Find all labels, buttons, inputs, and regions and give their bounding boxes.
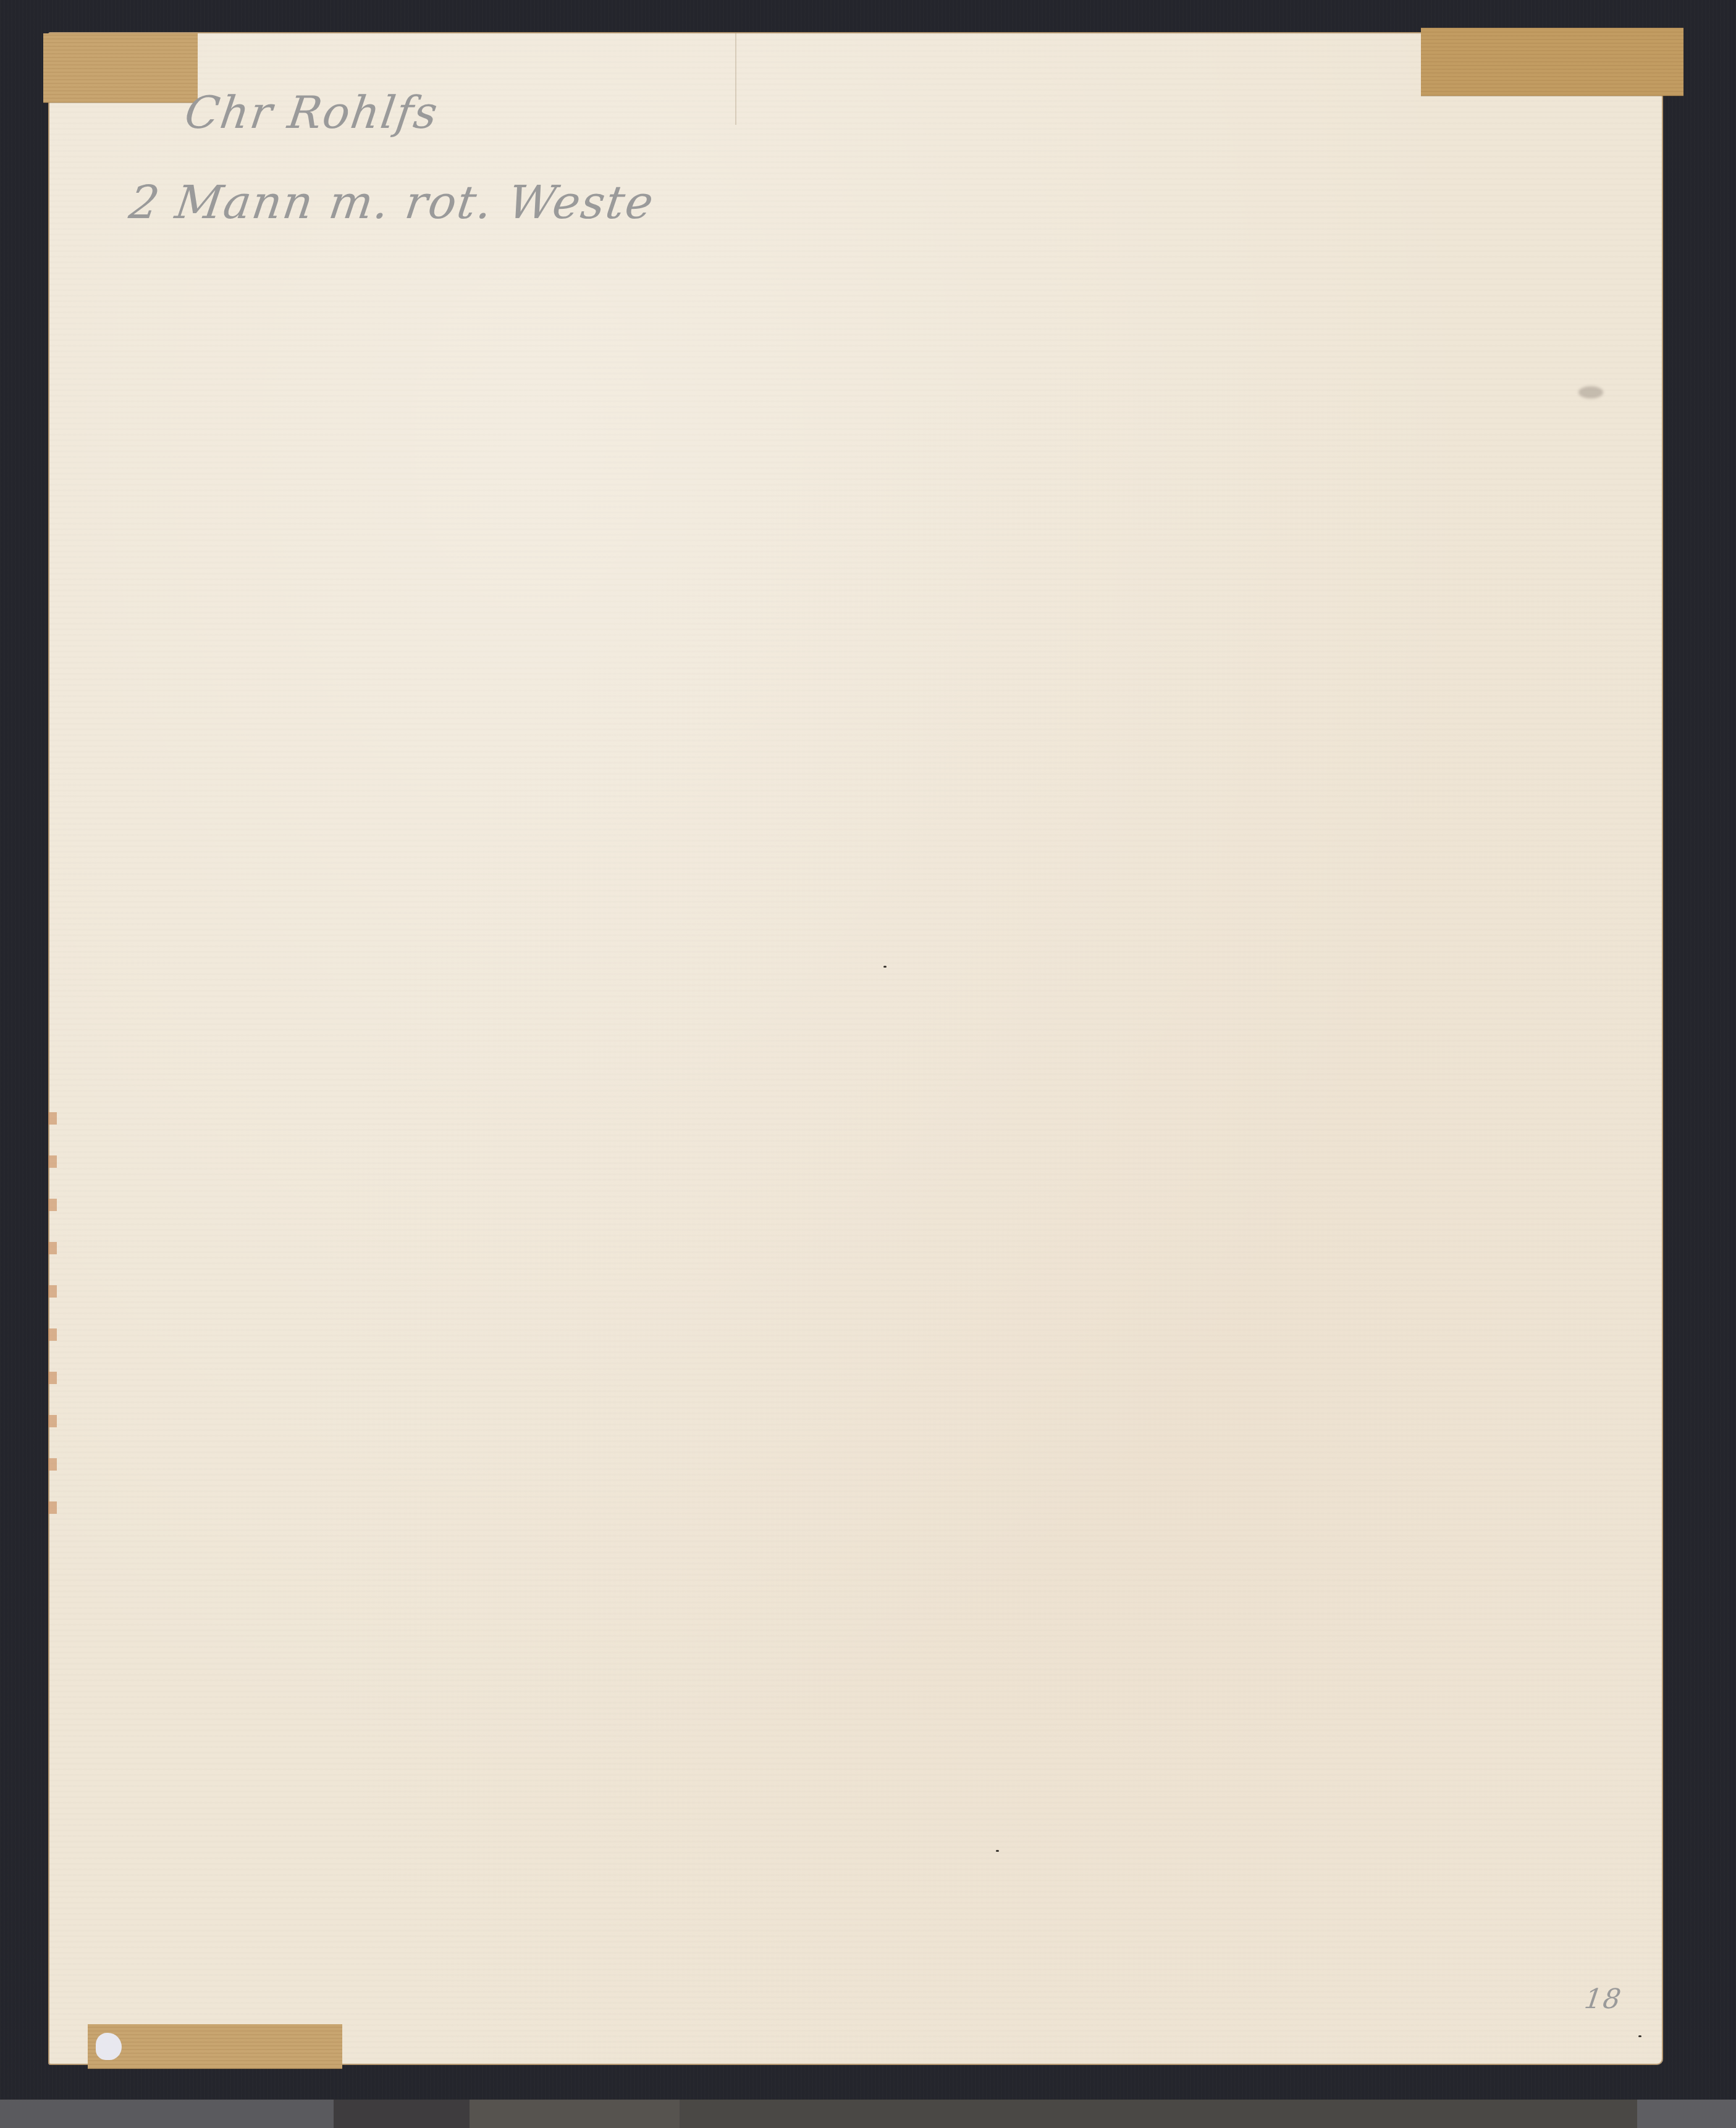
- hinge-tape-bottom-left: [88, 2024, 342, 2069]
- hinge-tape-top-left: [43, 33, 198, 103]
- hinge-tape-top-right: [1421, 28, 1683, 96]
- debris-spot: [996, 1850, 999, 1852]
- graphite-smudge: [1578, 386, 1603, 399]
- pencil-inscription-artist: Chr Rohlfs: [182, 87, 442, 138]
- table-surface-strip: [0, 2100, 1736, 2128]
- debris-spot: [883, 966, 887, 968]
- pencil-inscription-number: 18: [1582, 1983, 1624, 2015]
- debris-spot: [1638, 2035, 1641, 2037]
- pencil-inscription-title: 2 Mann m. rot. Weste: [126, 176, 658, 229]
- tape-tear-spot: [96, 2033, 122, 2060]
- paper-sheet-verso: [48, 32, 1663, 2065]
- left-edge-foxing: [48, 1112, 57, 1514]
- paper-crease: [735, 32, 736, 125]
